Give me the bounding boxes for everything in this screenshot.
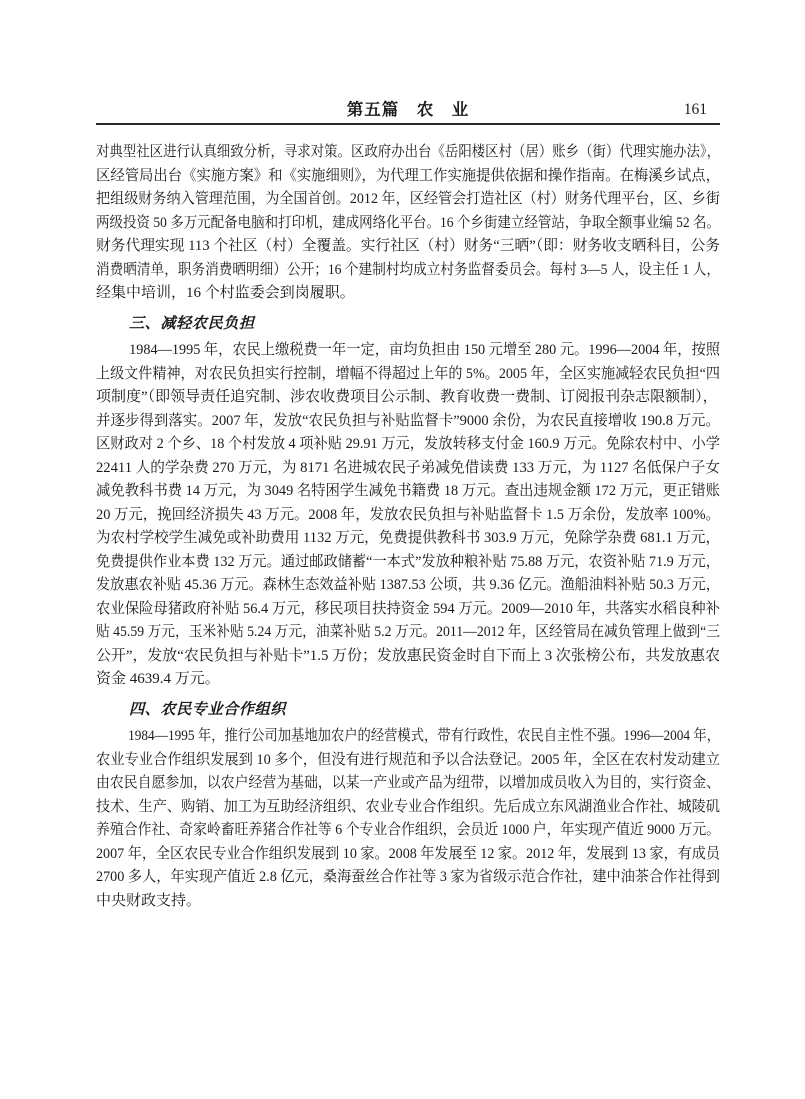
text-line: 22411 人的学杂费 270 万元，为 8171 名进城农民子弟减免借读费 1… bbox=[96, 457, 720, 481]
page-number: 161 bbox=[684, 99, 707, 120]
page-header: 第五篇 农 业 161 bbox=[96, 99, 720, 120]
paragraph-burden-reduction: 1984—1995 年，农民上缴税费一年一定，亩均负担由 150 元增至 280… bbox=[96, 339, 720, 692]
section-heading-4: 四、农民专业合作组织 bbox=[96, 698, 720, 722]
text-line: 并逐步得到落实。2007 年，发放“农民负担与补贴监督卡”9000 余份，为农民… bbox=[96, 410, 720, 434]
text-line: 消费晒清单，职务消费晒明细）公开；16 个建制村均成立村务监督委员会。每村 3—… bbox=[96, 259, 720, 283]
section-heading-3: 三、减轻农民负担 bbox=[96, 312, 720, 336]
text-line: 20 万元，挽回经济损失 43 万元。2008 年，发放农民负担与补贴监督卡 1… bbox=[96, 504, 720, 528]
text-line: 两级投资 50 多万元配备电脑和打印机，建成网络化平台。16 个乡街建立经管站，… bbox=[96, 212, 720, 236]
text-line: 经集中培训，16 个村监委会到岗履职。 bbox=[96, 282, 720, 306]
text-line: 项制度”（即领导责任追究制、涉农收费项目公示制、教育收费一费制、订阅报刊杂志限额… bbox=[96, 386, 720, 410]
text-line: 由农民自愿参加，以农户经营为基础，以某一产业或产品为纽带，以增加成员收入为目的，… bbox=[96, 772, 720, 796]
text-line: 农业保险母猪政府补贴 56.4 万元，移民项目扶持资金 594 万元。2009—… bbox=[96, 598, 720, 622]
text-line: 中央财政支持。 bbox=[96, 890, 720, 914]
text-line: 减免教科书费 14 万元，为 3049 名特困学生减免书籍费 18 万元。查出违… bbox=[96, 480, 720, 504]
text-line: 1984—1995 年，推行公司加基地加农户的经营模式，带有行政性，农民自主性不… bbox=[96, 725, 720, 749]
text-line: 农业专业合作组织发展到 10 多个，但没有进行规范和予以合法登记。2005 年，… bbox=[96, 749, 720, 773]
text-line: 2007 年，全区农民专业合作组织发展到 10 家。2008 年发展至 12 家… bbox=[96, 843, 720, 867]
text-line: 为农村学校学生减免或补助费用 1132 万元，免费提供教科书 303.9 万元，… bbox=[96, 527, 720, 551]
text-line: 贴 45.59 万元，玉米补贴 5.24 万元，油菜补贴 5.2 万元。2011… bbox=[96, 621, 720, 645]
body-text: 对典型社区进行认真细致分析，寻求对策。区政府办出台《岳阳楼区村（居）账乡（街）代… bbox=[96, 141, 720, 913]
text-line: 区经管局出台《实施方案》和《实施细则》，为代理工作实施提供依据和操作指南。在梅溪… bbox=[96, 165, 720, 189]
text-line: 对典型社区进行认真细致分析，寻求对策。区政府办出台《岳阳楼区村（居）账乡（街）代… bbox=[96, 141, 720, 165]
text-line: 财务代理实现 113 个社区（村）全覆盖。实行社区（村）财务“三晒”（即：财务收… bbox=[96, 235, 720, 259]
paragraph-cooperatives: 1984—1995 年，推行公司加基地加农户的经营模式，带有行政性，农民自主性不… bbox=[96, 725, 720, 913]
text-line: 资金 4639.4 万元。 bbox=[96, 668, 720, 692]
text-line: 养殖合作社、奇家岭畜旺养猪合作社等 6 个专业合作组织，会员近 1000 户，年… bbox=[96, 819, 720, 843]
paragraph-finance-agency: 对典型社区进行认真细致分析，寻求对策。区政府办出台《岳阳楼区村（居）账乡（街）代… bbox=[96, 141, 720, 306]
header-rule bbox=[96, 123, 720, 125]
document-page: 第五篇 农 业 161 对典型社区进行认真细致分析，寻求对策。区政府办出台《岳阳… bbox=[0, 0, 805, 1099]
text-line: 把组级财务纳入管理范围，为全国首创。2012 年，区经管会打造社区（村）财务代理… bbox=[96, 188, 720, 212]
text-line: 技术、生产、购销、加工为互助经济组织、农业专业合作组织。先后成立东风湖渔业合作社… bbox=[96, 796, 720, 820]
text-line: 区财政对 2 个乡、18 个村发放 4 项补贴 29.91 万元，发放转移支付金… bbox=[96, 433, 720, 457]
text-line: 发放惠农补贴 45.36 万元。森林生态效益补贴 1387.53 公顷，共 9.… bbox=[96, 574, 720, 598]
text-line: 公开”，发放“农民负担与补贴卡”1.5 万份；发放惠民资金时自下而上 3 次张榜… bbox=[96, 645, 720, 669]
text-line: 上级文件精神，对农民负担实行控制，增幅不得超过上年的 5%。2005 年，全区实… bbox=[96, 363, 720, 387]
text-line: 2700 多人，年实现产值近 2.8 亿元，桑海蚕丝合作社等 3 家为省级示范合… bbox=[96, 866, 720, 890]
chapter-title: 第五篇 农 业 bbox=[96, 99, 720, 120]
text-line: 免费提供作业本费 132 万元。通过邮政储蓄“一本式”发放种粮补贴 75.88 … bbox=[96, 551, 720, 575]
text-line: 1984—1995 年，农民上缴税费一年一定，亩均负担由 150 元增至 280… bbox=[96, 339, 720, 363]
